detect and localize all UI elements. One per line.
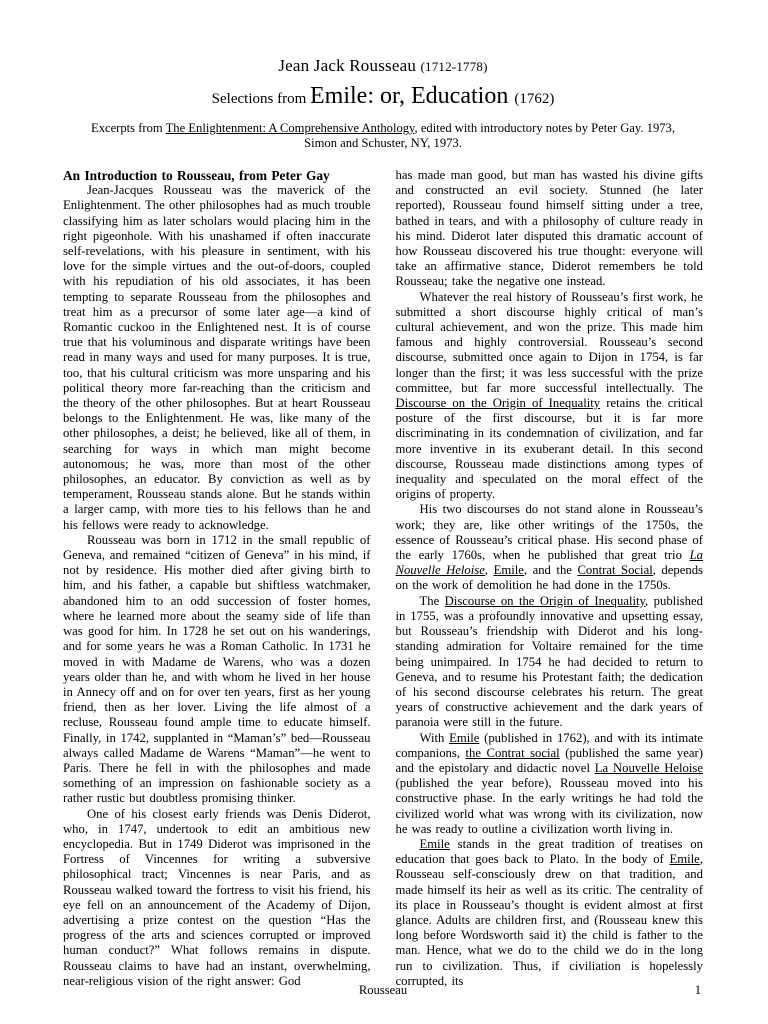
work-title: The Enlightenment: A Comprehensive Antho…	[166, 121, 415, 135]
text-run: , Rousseau self-consciously drew on that…	[396, 852, 704, 988]
paragraph: His two discourses do not stand alone in…	[396, 502, 704, 593]
text-run: has made man good, but man has wasted hi…	[396, 168, 704, 288]
paragraph: has made man good, but man has wasted hi…	[396, 168, 704, 290]
work-title: Emile	[494, 563, 524, 577]
document-title: Jean Jack Rousseau (1712-1778)	[63, 56, 703, 76]
source-note: Excerpts from The Enlightenment: A Compr…	[85, 121, 681, 151]
text-run: ,	[485, 563, 494, 577]
paragraph: Rousseau was born in 1712 in the small r…	[63, 533, 371, 807]
document-header: Jean Jack Rousseau (1712-1778) Selection…	[63, 56, 703, 151]
work-title: Contrat Social	[577, 563, 652, 577]
work-title: La Nouvelle Heloise	[595, 761, 703, 775]
text-run: Excerpts from	[91, 121, 166, 135]
text-run: Whatever the real history of Rousseau’s …	[396, 290, 704, 395]
text-run: retains the critical posture of the firs…	[396, 396, 704, 501]
paragraph: Whatever the real history of Rousseau’s …	[396, 290, 704, 503]
work-title: Discourse on the Origin of Inequality	[445, 594, 645, 608]
paragraph: The Discourse on the Origin of Inequalit…	[396, 594, 704, 731]
footer-page-number: 1	[695, 983, 701, 998]
work-title: Emile	[420, 837, 450, 851]
section-heading: An Introduction to Rousseau, from Peter …	[63, 168, 371, 183]
paragraph: Emile stands in the great tradition of t…	[396, 837, 704, 989]
subtitle-prefix: Selections from	[212, 91, 310, 107]
text-run: , published in 1755, was a profoundly in…	[396, 594, 704, 730]
work-title: Emile	[449, 731, 479, 745]
left-column-paragraphs: Jean-Jacques Rousseau was the maverick o…	[63, 183, 371, 989]
text-run: With	[420, 731, 450, 745]
page-footer: Rousseau 1	[63, 983, 703, 998]
text-run: Rousseau was born in 1712 in the small r…	[63, 533, 371, 805]
work-title: Emile	[670, 852, 700, 866]
text-run: His two discourses do not stand alone in…	[396, 502, 704, 562]
two-column-body: An Introduction to Rousseau, from Peter …	[63, 168, 703, 989]
page-content: Jean Jack Rousseau (1712-1778) Selection…	[63, 56, 703, 989]
right-column: has made man good, but man has wasted hi…	[396, 168, 704, 989]
paragraph: One of his closest early friends was Den…	[63, 807, 371, 989]
work-title: Discourse on the Origin of Inequality	[396, 396, 601, 410]
document-page: Jean Jack Rousseau (1712-1778) Selection…	[0, 0, 768, 1024]
right-column-paragraphs: has made man good, but man has wasted hi…	[396, 168, 704, 989]
subtitle-work-title: Emile: or, Education	[310, 83, 514, 109]
title-main: Jean Jack Rousseau	[278, 56, 420, 75]
subtitle-year: (1762)	[514, 91, 554, 107]
footer-running-title: Rousseau	[63, 983, 703, 998]
paragraph: Jean-Jacques Rousseau was the maverick o…	[63, 183, 371, 533]
document-subtitle: Selections from Emile: or, Education (17…	[63, 83, 703, 110]
paragraph: With Emile (published in 1762), and with…	[396, 731, 704, 837]
text-run: (published the year before), Rousseau mo…	[396, 776, 704, 836]
work-title: the Contrat social	[466, 746, 560, 760]
text-run: One of his closest early friends was Den…	[63, 807, 371, 988]
title-dates: (1712-1778)	[420, 59, 487, 74]
text-run: , and the	[524, 563, 578, 577]
left-column: An Introduction to Rousseau, from Peter …	[63, 168, 371, 989]
text-run: Jean-Jacques Rousseau was the maverick o…	[63, 183, 371, 531]
text-run: The	[420, 594, 445, 608]
